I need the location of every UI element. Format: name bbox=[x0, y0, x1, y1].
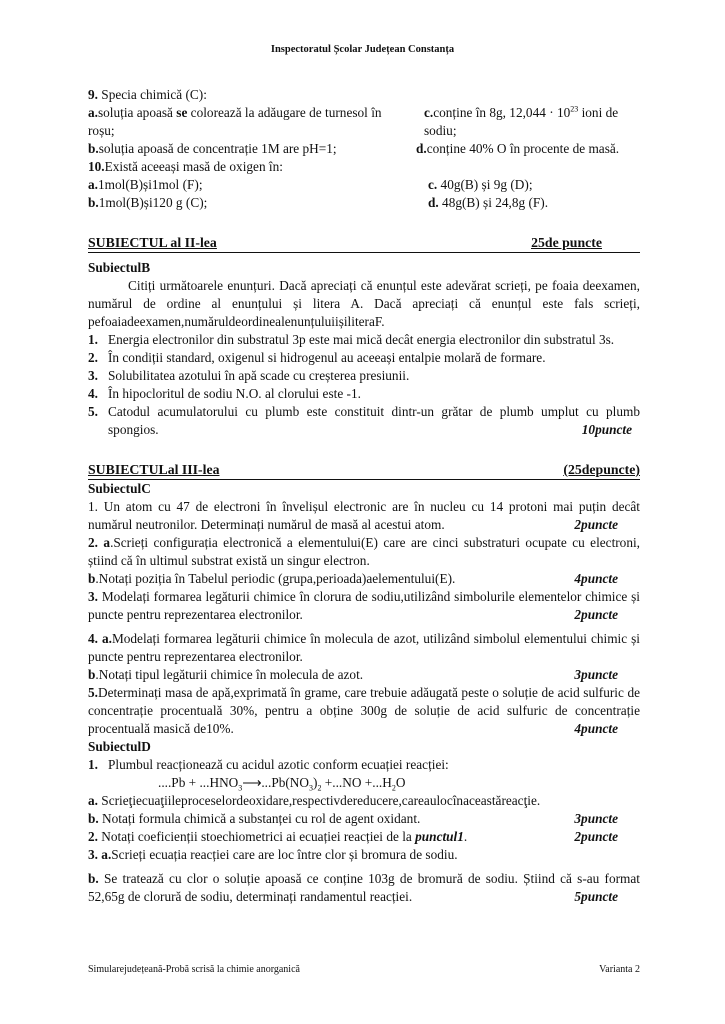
d-question-1b: b. Notați formula chimică a substanței c… bbox=[88, 810, 640, 828]
section-3-heading: SUBIECTULal III-lea (25depuncte) bbox=[88, 461, 640, 480]
footer-exam-title: Simularejudețeană-Probă scrisă la chimie… bbox=[88, 964, 300, 975]
section-2-title: SUBIECTUL al II-lea bbox=[88, 234, 217, 252]
reaction-equation: ....Pb + ...HNO3⟶...Pb(NO3)2 +...NO +...… bbox=[88, 774, 640, 792]
c-question-2a: 2. a.Scrieți configurația electronică a … bbox=[88, 534, 640, 570]
d-question-1: 1.Plumbul reacționează cu acidul azotic … bbox=[88, 756, 640, 774]
q9-text: Specia chimică (C): bbox=[98, 87, 207, 102]
q10-number: 10. bbox=[88, 159, 105, 174]
statement-item: 3.Solubilitatea azotului în apă scade cu… bbox=[88, 367, 640, 385]
q9-option-d: d.conține 40% O în procente de masă. bbox=[408, 140, 640, 158]
d-question-3b: b. Se tratează cu clor o soluție apoasă … bbox=[88, 870, 640, 906]
statement-item: 4.În hipocloritul de sodiu N.O. al cloru… bbox=[88, 385, 640, 403]
statement-item: 2.În condiții standard, oxigenul si hidr… bbox=[88, 349, 640, 367]
statement-item: 1.Energia electronilor din substratul 3p… bbox=[88, 331, 640, 349]
question-9: 9. Specia chimică (C): a.soluția apoasă … bbox=[88, 86, 640, 158]
q9-option-b: b.soluția apoasă de concentrație 1M are … bbox=[88, 140, 408, 158]
subject-b-title: SubiectulB bbox=[88, 259, 640, 277]
c-question-1: 1. Un atom cu 47 de electroni în înveliș… bbox=[88, 498, 640, 534]
q10-option-c: c. 40g(B) și 9g (D); bbox=[408, 176, 640, 194]
c-question-3: 3. Modelați formarea legăturii chimice î… bbox=[88, 588, 640, 624]
section-2-points: 25de puncte bbox=[531, 234, 602, 252]
section-2-heading: SUBIECTUL al II-lea 25de puncte bbox=[88, 234, 640, 253]
d-question-2: 2. Notați coeficienții stoechiometrici a… bbox=[88, 828, 640, 846]
c-question-2b: b.Notați poziția în Tabelul periodic (gr… bbox=[88, 570, 640, 588]
section-3-title: SUBIECTULal III-lea bbox=[88, 461, 219, 479]
q9-option-c: c.conține în 8g, 12,044 · 1023 ioni de s… bbox=[408, 104, 640, 140]
subject-b-statements: 1.Energia electronilor din substratul 3p… bbox=[88, 331, 640, 439]
document-body: 9. Specia chimică (C): a.soluția apoasă … bbox=[88, 86, 640, 906]
c-question-4a: 4. a.Modelați formarea legăturii chimice… bbox=[88, 630, 640, 666]
subject-d-title: SubiectulD bbox=[88, 738, 640, 756]
d-question-3a: 3. a.Scrieți ecuația reacției care are l… bbox=[88, 846, 640, 864]
c-question-4b: b.Notați tipul legăturii chimice în mole… bbox=[88, 666, 640, 684]
q10-text: Există aceeași masă de oxigen în: bbox=[105, 159, 283, 174]
points-label: 10puncte bbox=[582, 421, 632, 439]
subject-b-instructions: Citiți următoarele enunțuri. Dacă apreci… bbox=[88, 277, 640, 331]
q10-option-b: b.1mol(B)și120 g (C); bbox=[88, 194, 408, 212]
q9-option-a: a.soluția apoasă se colorează la adăugar… bbox=[88, 104, 408, 140]
q10-option-a: a.1mol(B)și1mol (F); bbox=[88, 176, 408, 194]
q9-number: 9. bbox=[88, 87, 98, 102]
page-footer: Simularejudețeană-Probă scrisă la chimie… bbox=[88, 964, 640, 975]
d-question-1a: a. Scrieţiecuaţiileproceselordeoxidare,r… bbox=[88, 792, 640, 810]
subject-c-title: SubiectulC bbox=[88, 480, 640, 498]
question-10: 10.Există aceeași masă de oxigen în: a.1… bbox=[88, 158, 640, 212]
page-header: Inspectoratul Școlar Județean Constanța bbox=[0, 44, 725, 55]
statement-item: 5.Catodul acumulatorului cu plumb este c… bbox=[88, 403, 640, 439]
footer-variant: Varianta 2 bbox=[599, 964, 640, 975]
q10-option-d: d. 48g(B) și 24,8g (F). bbox=[408, 194, 640, 212]
section-3-points: (25depuncte) bbox=[563, 461, 640, 479]
c-question-5: 5.Determinați masa de apă,exprimată în g… bbox=[88, 684, 640, 738]
